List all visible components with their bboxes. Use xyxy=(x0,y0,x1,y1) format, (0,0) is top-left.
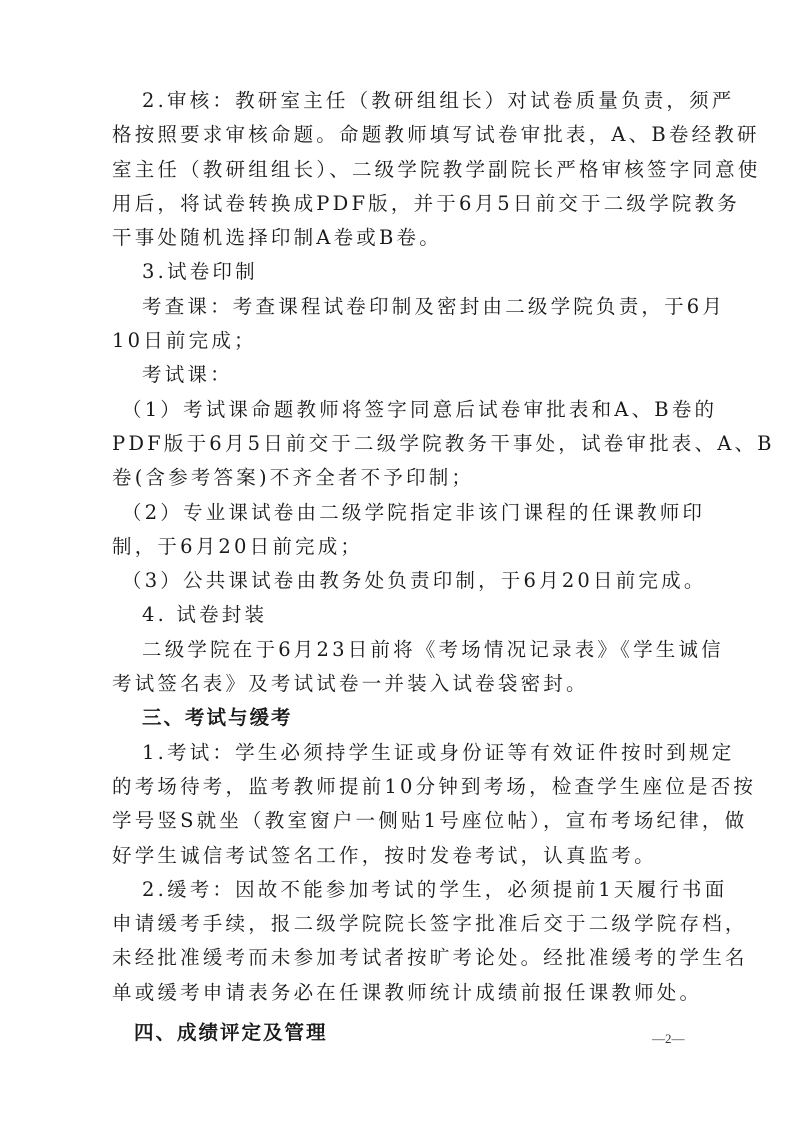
page-number: —2— xyxy=(652,1031,685,1047)
paragraph-line: 学号竖S就坐（教室窗户一侧贴1号座位帖），宣布考场纪律，做 xyxy=(112,804,692,838)
paragraph-line: 考试课： xyxy=(112,358,692,392)
paragraph-line: 干事处随机选择印制A卷或B卷。 xyxy=(112,221,692,255)
subheading-seal: 4. 试卷封装 xyxy=(112,598,692,632)
paragraph-line: （3）公共课试卷由教务处负责印制，于6月20日前完成。 xyxy=(112,564,692,598)
paragraph-line: 考查课：考查课程试卷印制及密封由二级学院负责，于6月 xyxy=(112,290,692,324)
paragraph-line: 单或缓考申请表务必在任课教师统计成绩前报任课教师处。 xyxy=(112,976,692,1010)
paragraph-line: 卷(含参考答案)不齐全者不予印制； xyxy=(112,461,692,495)
paragraph-line: PDF版于6月5日前交于二级学院教务干事处，试卷审批表、A、B xyxy=(112,427,692,461)
paragraph-line: （1）考试课命题教师将签字同意后试卷审批表和A、B卷的 xyxy=(112,393,692,427)
paragraph-line: 1.考试：学生必须持学生证或身份证等有效证件按时到规定 xyxy=(112,736,692,770)
paragraph-line: 室主任（教研组组长）、二级学院教学副院长严格审核签字同意使 xyxy=(112,153,692,187)
paragraph-line: 好学生诚信考试签名工作，按时发卷考试，认真监考。 xyxy=(112,839,692,873)
paragraph-line: 2.缓考：因故不能参加考试的学生，必须提前1天履行书面 xyxy=(112,873,692,907)
paragraph-line: 二级学院在于6月23日前将《考场情况记录表》《学生诚信 xyxy=(112,633,692,667)
paragraph-line: 2.审核：教研室主任（教研组组长）对试卷质量负责，须严 xyxy=(112,84,692,118)
paragraph-line: 考试签名表》及考试试卷一并装入试卷袋密封。 xyxy=(112,667,692,701)
section-heading-grades: 四、成绩评定及管理 xyxy=(112,1016,692,1050)
section-heading-exam: 三、考试与缓考 xyxy=(112,701,692,735)
paragraph-line: 格按照要求审核命题。命题教师填写试卷审批表，A、B卷经教研 xyxy=(112,118,692,152)
paragraph-line: 的考场待考，监考教师提前10分钟到考场，检查学生座位是否按 xyxy=(112,770,692,804)
subheading-print: 3.试卷印制 xyxy=(112,255,692,289)
paragraph-line: 10日前完成； xyxy=(112,324,692,358)
paragraph-line: 未经批准缓考而未参加考试者按旷考论处。经批准缓考的学生名 xyxy=(112,941,692,975)
paragraph-line: 制，于6月20日前完成； xyxy=(112,530,692,564)
document-page: 2.审核：教研室主任（教研组组长）对试卷质量负责，须严 格按照要求审核命题。命题… xyxy=(112,84,692,1050)
paragraph-line: （2）专业课试卷由二级学院指定非该门课程的任课教师印 xyxy=(112,496,692,530)
paragraph-line: 用后，将试卷转换成PDF版，并于6月5日前交于二级学院教务 xyxy=(112,187,692,221)
paragraph-line: 申请缓考手续，报二级学院院长签字批准后交于二级学院存档， xyxy=(112,907,692,941)
